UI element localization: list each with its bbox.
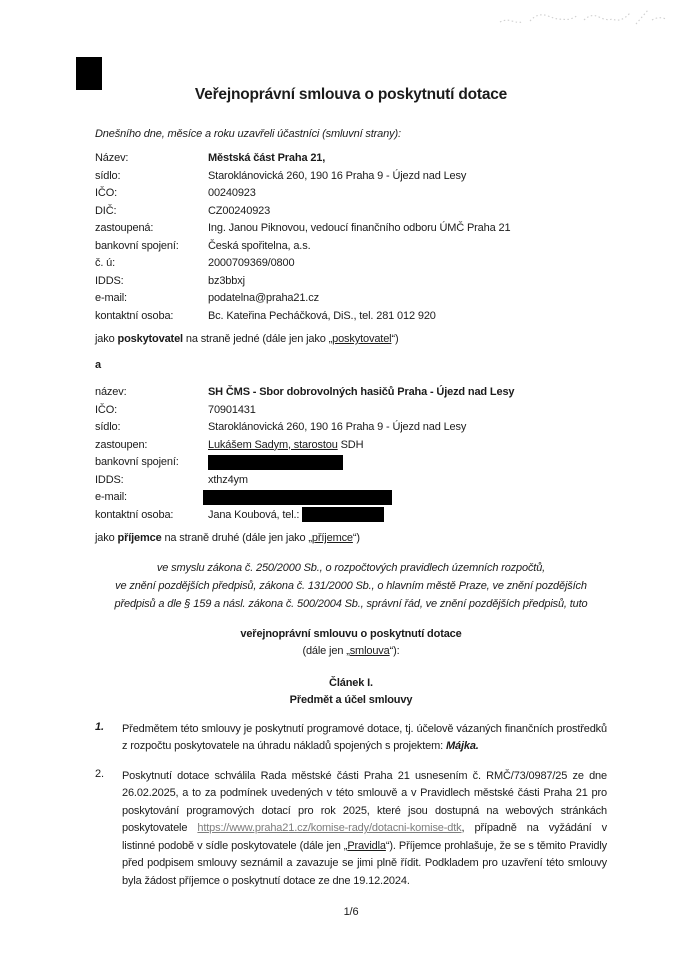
field-label: IDDS:	[95, 273, 208, 291]
recipient-row-idds: IDDS: xthz4ym	[95, 472, 607, 490]
legal-clause-line: předpisů a dle § 159 a násl. zákona č. 5…	[95, 595, 607, 613]
provider-row-sidlo: sídlo: Staroklánovická 260, 190 16 Praha…	[95, 168, 607, 186]
contract-subject-block: veřejnoprávní smlouvu o poskytnutí dotac…	[95, 626, 607, 660]
redaction-bar-email	[203, 490, 392, 505]
field-label: Název:	[95, 150, 208, 168]
intro-line: Dnešního dne, měsíce a roku uzavřeli úča…	[95, 128, 607, 140]
field-label: č. ú:	[95, 255, 208, 273]
legal-clause-line: ve smyslu zákona č. 250/2000 Sb., o rozp…	[95, 559, 607, 577]
role-text: jako	[95, 333, 118, 345]
role-text: jako	[95, 532, 118, 544]
alias-text: (dále jen „	[302, 645, 349, 657]
alias-text: “):	[390, 645, 400, 657]
field-value: 00240923	[208, 185, 607, 203]
field-label: bankovní spojení:	[95, 454, 208, 472]
role-alias: poskytovatel	[332, 333, 391, 345]
provider-row-idds: IDDS: bz3bbxj	[95, 273, 607, 291]
document-page: Veřejnoprávní smlouva o poskytnutí dotac…	[0, 0, 678, 960]
provider-row-email: e-mail: podatelna@praha21.cz	[95, 290, 607, 308]
recipient-row-sidlo: sídlo: Staroklánovická 260, 190 16 Praha…	[95, 419, 607, 437]
recipient-row-banka: bankovní spojení:	[95, 454, 607, 472]
provider-row-nazev: Název: Městská část Praha 21,	[95, 150, 607, 168]
role-text: na straně jedné (dále jen jako „	[183, 333, 332, 345]
field-label: e-mail:	[95, 290, 208, 308]
field-value: Česká spořitelna, a.s.	[208, 238, 607, 256]
recipient-row-email: e-mail:	[95, 489, 607, 507]
provider-row-ucet: č. ú: 2000709369/0800	[95, 255, 607, 273]
field-label: DIČ:	[95, 203, 208, 221]
field-label: kontaktní osoba:	[95, 308, 208, 326]
praha21-dotace-link[interactable]: https://www.praha21.cz/komise-rady/dotac…	[197, 822, 461, 834]
item-number: 2.	[95, 768, 122, 891]
role-text: na straně druhé (dále jen jako „	[162, 532, 312, 544]
role-alias: příjemce	[312, 532, 353, 544]
field-value: CZ00240923	[208, 203, 607, 221]
provider-row-kontakt: kontaktní osoba: Bc. Kateřina Pecháčková…	[95, 308, 607, 326]
field-label: sídlo:	[95, 419, 208, 437]
field-value: Ing. Janou Piknovou, vedoucí finančního …	[208, 220, 607, 238]
provider-row-zastoupena: zastoupená: Ing. Janou Piknovou, vedoucí…	[95, 220, 607, 238]
item-body: Předmětem této smlouvy je poskytnutí pro…	[122, 723, 607, 753]
recipient-row-kontakt: kontaktní osoba: Jana Koubová, tel.:	[95, 507, 607, 525]
page-number: 1/6	[95, 906, 607, 918]
item-text: Poskytnutí dotace schválila Rada městské…	[122, 768, 607, 891]
item-number: 1.	[95, 721, 122, 756]
field-value: Staroklánovická 260, 190 16 Praha 9 - Új…	[208, 419, 607, 437]
recipient-row-nazev: název: SH ČMS - Sbor dobrovolných hasičů…	[95, 384, 607, 402]
field-value: Jana Koubová, tel.:	[208, 507, 607, 525]
field-value: Bc. Kateřina Pecháčková, DiS., tel. 281 …	[208, 308, 607, 326]
field-value	[208, 489, 607, 507]
role-text: “)	[391, 333, 398, 345]
contract-subject: veřejnoprávní smlouvu o poskytnutí dotac…	[95, 626, 607, 643]
field-label: sídlo:	[95, 168, 208, 186]
field-label: bankovní spojení:	[95, 238, 208, 256]
article-subheading: Předmět a účel smlouvy	[95, 692, 607, 709]
field-label: IČO:	[95, 185, 208, 203]
field-label: kontaktní osoba:	[95, 507, 208, 525]
role-text: “)	[353, 532, 360, 544]
rules-alias: Pravidla	[347, 840, 386, 852]
article-1-heading-block: Článek I. Předmět a účel smlouvy	[95, 675, 607, 709]
field-value: podatelna@praha21.cz	[208, 290, 607, 308]
conjunction-a: a	[95, 357, 607, 375]
alias-name: smlouva	[350, 645, 390, 657]
field-value: 70901431	[208, 402, 607, 420]
legal-clause-line: ve znění pozdějších předpisů, zákona č. …	[95, 577, 607, 595]
provider-role-line: jako poskytovatel na straně jedné (dále …	[95, 331, 607, 349]
contract-subject-alias: (dále jen „smlouva“):	[95, 643, 607, 660]
recipient-role-line: jako příjemce na straně druhé (dále jen …	[95, 530, 607, 548]
redaction-bar-bank	[208, 455, 343, 470]
field-label: zastoupená:	[95, 220, 208, 238]
provider-row-ico: IČO: 00240923	[95, 185, 607, 203]
document-title: Veřejnoprávní smlouva o poskytnutí dotac…	[95, 86, 607, 104]
field-value: bz3bbxj	[208, 273, 607, 291]
representative-suffix: SDH	[338, 439, 364, 451]
field-value: 2000709369/0800	[208, 255, 607, 273]
field-value: Lukášem Sadym, starostou SDH	[208, 437, 607, 455]
contact-person: Jana Koubová, tel.:	[208, 509, 302, 521]
field-value: Městská část Praha 21,	[208, 150, 607, 168]
field-label: název:	[95, 384, 208, 402]
field-label: IČO:	[95, 402, 208, 420]
redaction-bar-phone	[302, 507, 384, 522]
role-name: poskytovatel	[118, 333, 183, 345]
provider-row-dic: DIČ: CZ00240923	[95, 203, 607, 221]
provider-block: Název: Městská část Praha 21, sídlo: Sta…	[95, 150, 607, 325]
recipient-row-ico: IČO: 70901431	[95, 402, 607, 420]
role-name: příjemce	[118, 532, 162, 544]
field-value: xthz4ym	[208, 472, 607, 490]
article-heading: Článek I.	[95, 675, 607, 692]
representative-name: Lukášem Sadym, starostou	[208, 439, 338, 451]
clause-item-1: 1. Předmětem této smlouvy je poskytnutí …	[95, 721, 607, 756]
clause-item-2: 2. Poskytnutí dotace schválila Rada měst…	[95, 768, 607, 891]
field-label: zastoupen:	[95, 437, 208, 455]
field-label: IDDS:	[95, 472, 208, 490]
field-label: e-mail:	[95, 489, 208, 507]
recipient-block: název: SH ČMS - Sbor dobrovolných hasičů…	[95, 384, 607, 524]
field-value: Staroklánovická 260, 190 16 Praha 9 - Új…	[208, 168, 607, 186]
item-text: Předmětem této smlouvy je poskytnutí pro…	[122, 721, 607, 756]
project-name: Májka.	[446, 740, 479, 752]
field-value	[208, 454, 607, 472]
field-value: SH ČMS - Sbor dobrovolných hasičů Praha …	[208, 384, 607, 402]
provider-row-banka: bankovní spojení: Česká spořitelna, a.s.	[95, 238, 607, 256]
legal-clause: ve smyslu zákona č. 250/2000 Sb., o rozp…	[95, 559, 607, 613]
recipient-row-zastoupen: zastoupen: Lukášem Sadym, starostou SDH	[95, 437, 607, 455]
